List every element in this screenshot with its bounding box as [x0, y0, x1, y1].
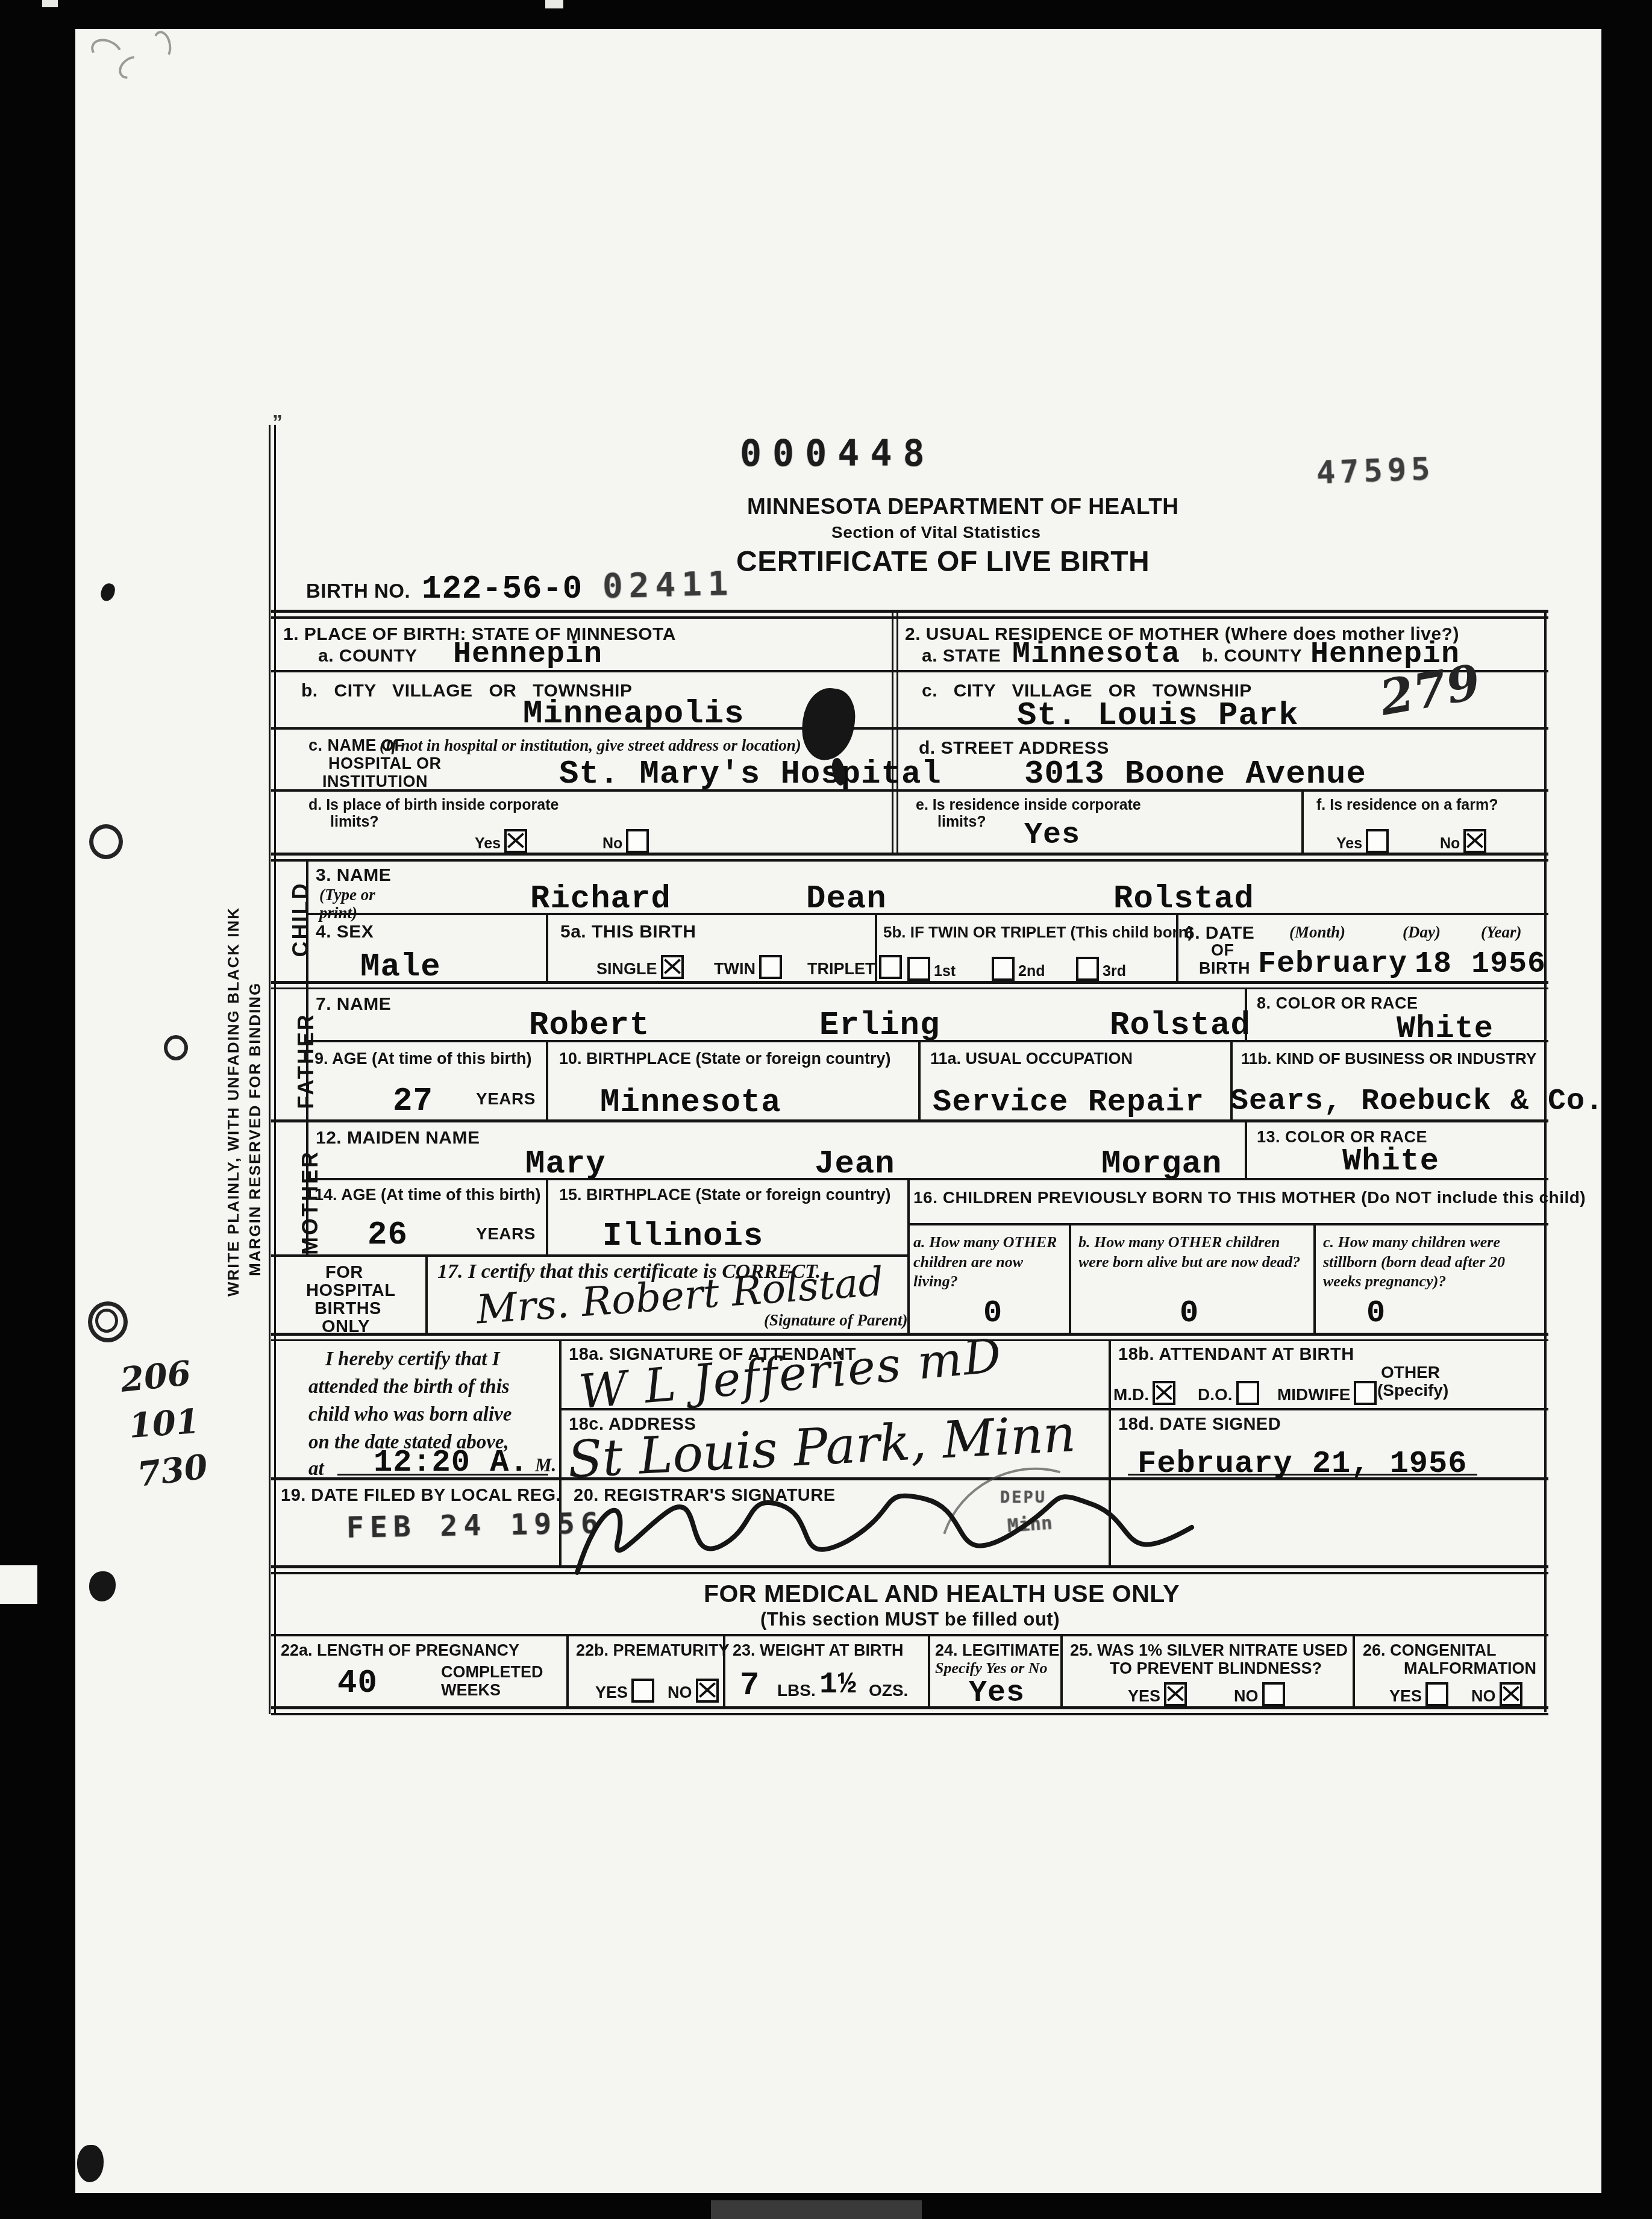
single-option: SINGLE	[596, 955, 687, 979]
mother-birthplace-value: Illinois	[602, 1218, 763, 1255]
nitrate-label-2: TO PREVENT BLINDNESS?	[1110, 1659, 1322, 1678]
father-birthplace-label: 10. BIRTHPLACE (State or foreign country…	[559, 1050, 891, 1068]
dob-label-2: OF	[1211, 941, 1234, 960]
rule-v	[1060, 1635, 1063, 1707]
place-yes-label: Yes	[475, 829, 531, 853]
residence-limits-label-2: limits?	[937, 813, 986, 831]
checkbox-checked-icon	[1500, 1682, 1522, 1706]
twin-option: TWIN	[714, 955, 786, 979]
scan-left-bar	[0, 0, 75, 2219]
rule-v	[425, 1256, 428, 1334]
children-count-c: 0	[1366, 1295, 1386, 1331]
do-option: D.O.	[1198, 1381, 1263, 1405]
checkbox-empty-icon	[1425, 1682, 1448, 1706]
attendant-statement-line: attended the birth of this	[308, 1376, 510, 1398]
residence-street-value: 3013 Boone Avenue	[1024, 756, 1366, 793]
legitimate-hint: Specify Yes or No	[935, 1659, 1048, 1677]
rule	[271, 616, 1548, 619]
rule-v	[546, 915, 548, 982]
mother-race-value: White	[1342, 1144, 1439, 1179]
children-count-a: 0	[983, 1295, 1003, 1331]
lbs-label: LBS.	[777, 1681, 816, 1700]
rule	[271, 610, 1548, 613]
punch-hole-ring	[89, 824, 123, 859]
scanned-birth-certificate: WRITE PLAINLY, WITH UNFADING BLACK INK M…	[0, 0, 1652, 2219]
place-hospital-label-2: HOSPITAL OR	[328, 754, 442, 773]
other-label-2: (Specify)	[1377, 1381, 1448, 1400]
checkbox-checked-icon	[696, 1679, 719, 1703]
checkbox-empty-icon	[907, 957, 930, 981]
handwritten-number: 730	[135, 1447, 210, 1495]
place-hospital-value: St. Mary's Hospital	[559, 756, 942, 793]
agency-title: MINNESOTA DEPARTMENT OF HEALTH	[747, 494, 1179, 519]
rule	[271, 1254, 907, 1257]
mother-last-name: Morgan	[1101, 1146, 1222, 1183]
father-last-name: Rolstad	[1110, 1007, 1251, 1044]
completed-label-2: WEEKS	[441, 1681, 501, 1700]
rule	[271, 727, 1548, 730]
at-label: at	[308, 1458, 324, 1480]
father-name-label: 7. NAME	[316, 994, 391, 1015]
residence-street-label: d. STREET ADDRESS	[919, 738, 1109, 759]
dob-label-3: BIRTH	[1199, 959, 1250, 978]
children-q-a: a. How many OTHER children are now livin…	[913, 1233, 1064, 1292]
checkbox-checked-icon	[1164, 1682, 1187, 1706]
father-middle-name: Erling	[819, 1007, 940, 1044]
dob-day-value: 18	[1415, 947, 1452, 981]
father-industry-value: Sears, Roebuck & Co.	[1230, 1084, 1604, 1119]
birth-no-stamped: 02411	[602, 564, 734, 606]
father-years-label: YEARS	[476, 1089, 536, 1109]
child-last-name: Rolstad	[1113, 881, 1254, 918]
child-first-name: Richard	[530, 881, 671, 918]
form-left-rule-outer	[269, 425, 271, 1714]
handwritten-number: 101	[128, 1401, 201, 1446]
residence-county-label: b. COUNTY	[1202, 646, 1302, 666]
place-county-label: a. COUNTY	[318, 646, 418, 666]
rule-v	[546, 1040, 548, 1121]
birth-no-label: BIRTH NO.	[306, 580, 410, 602]
punch-hole-double-ring-inner	[95, 1309, 118, 1333]
place-limits-label-1: d. Is place of birth inside corporate	[308, 797, 558, 814]
rule-v	[566, 1635, 569, 1707]
ord2-option: 2nd	[988, 957, 1045, 981]
ord1-option: 1st	[904, 957, 956, 981]
place-hospital-label-3: INSTITUTION	[322, 772, 428, 791]
father-age-value: 27	[393, 1083, 433, 1120]
dob-month-value: February	[1258, 947, 1407, 981]
weight-lbs-value: 7	[740, 1668, 760, 1704]
child-sex-label: 4. SEX	[316, 922, 374, 942]
punch-hole-ring-small	[164, 1035, 188, 1060]
residence-farm-yes: Yes	[1336, 829, 1392, 853]
hospital-only-3: BIRTHS	[314, 1299, 381, 1319]
checkbox-empty-icon	[1366, 829, 1389, 853]
registrar-signature-script	[565, 1470, 1216, 1585]
malformation-label-1: 26. CONGENITAL	[1363, 1641, 1497, 1660]
prematurity-no: NO	[668, 1679, 722, 1703]
child-name-hint2: print)	[319, 904, 357, 922]
rule	[271, 1119, 1548, 1122]
rule	[271, 1634, 1548, 1636]
place-hospital-label-1: c. NAME OF	[308, 736, 405, 755]
checkbox-empty-icon	[626, 829, 649, 853]
children-count-b: 0	[1180, 1295, 1199, 1331]
child-sex-value: Male	[360, 949, 441, 986]
birth-no-value: 122-56-0	[422, 571, 583, 608]
legitimate-value: Yes	[969, 1676, 1025, 1710]
agency-subtitle: Section of Vital Statistics	[831, 523, 1041, 542]
place-city-value: Minneapolis	[523, 696, 744, 733]
rule	[271, 1713, 1548, 1715]
rule-v	[928, 1635, 930, 1707]
attendant-statement-line: child who was born alive	[308, 1404, 512, 1426]
certificate-number-stamp: 47595	[1316, 451, 1436, 492]
hospital-only-2: HOSPITAL	[306, 1281, 395, 1301]
rule-v	[907, 1178, 910, 1335]
print-code-stamp: 000448	[740, 433, 936, 475]
midwife-option: MIDWIFE	[1277, 1381, 1380, 1405]
residence-farm-label: f. Is residence on a farm?	[1316, 797, 1498, 814]
mother-years-label: YEARS	[476, 1224, 536, 1244]
checkbox-empty-icon	[631, 1679, 654, 1703]
year-label: (Year)	[1481, 923, 1521, 942]
father-birthplace-value: Minnesota	[600, 1084, 781, 1121]
rule-v	[892, 610, 893, 855]
margin-rule-ink: WRITE PLAINLY, WITH UNFADING BLACK INK	[224, 907, 243, 1297]
rule	[271, 1333, 1548, 1336]
month-label: (Month)	[1289, 923, 1345, 942]
children-q-b: b. How many OTHER children were born ali…	[1078, 1233, 1307, 1272]
place-hospital-hint: (If not in hospital or institution, give…	[380, 736, 801, 755]
document-title: CERTIFICATE OF LIVE BIRTH	[736, 545, 1150, 578]
residence-state-value: Minnesota	[1012, 637, 1180, 672]
rule	[271, 1706, 1548, 1709]
prematurity-yes: YES	[595, 1679, 658, 1703]
hospital-only-1: FOR	[325, 1263, 363, 1283]
pregnancy-value: 40	[337, 1665, 378, 1702]
residence-farm-no: No	[1440, 829, 1490, 853]
residence-state-label: a. STATE	[922, 646, 1001, 666]
ord3-option: 3rd	[1072, 957, 1126, 981]
scan-top-notch-2	[545, 0, 563, 8]
prematurity-label: 22b. PREMATURITY	[576, 1641, 730, 1660]
place-limits-label-2: limits?	[330, 813, 379, 831]
checkbox-empty-icon	[879, 955, 902, 979]
place-no-label: No	[602, 829, 652, 853]
mother-age-value: 26	[368, 1217, 408, 1254]
weight-oz-value: 1½	[819, 1668, 857, 1702]
malformation-yes: YES	[1389, 1682, 1452, 1706]
mother-birthplace-label: 15. BIRTHPLACE (State or foreign country…	[559, 1186, 891, 1204]
checkbox-checked-icon	[1463, 829, 1486, 853]
rule-v	[1353, 1635, 1355, 1707]
md-option: M.D.	[1113, 1381, 1179, 1405]
father-first-name: Robert	[529, 1007, 649, 1044]
handwritten-number: 206	[119, 1353, 193, 1400]
ozs-label: OZS.	[869, 1681, 908, 1700]
nitrate-no: NO	[1234, 1682, 1289, 1706]
date-signed-label: 18d. DATE SIGNED	[1118, 1415, 1281, 1435]
attendant-statement-line: I hereby certify that I	[325, 1348, 500, 1371]
completed-label-1: COMPLETED	[441, 1663, 543, 1682]
rule	[306, 913, 1548, 915]
checkbox-empty-icon	[759, 955, 782, 979]
mother-middle-name: Jean	[815, 1146, 895, 1183]
father-age-label: 9. AGE (At time of this birth)	[314, 1050, 532, 1068]
day-label: (Day)	[1403, 923, 1441, 942]
other-label-1: OTHER	[1381, 1363, 1440, 1382]
child-middle-name: Dean	[806, 881, 887, 918]
margin-rule-binding: MARGIN RESERVED FOR BINDING	[246, 982, 264, 1276]
rule-v	[1069, 1224, 1071, 1334]
date-filed-label: 19. DATE FILED BY LOCAL REG.	[281, 1486, 561, 1506]
rule-v	[918, 1040, 921, 1121]
nitrate-label-1: 25. WAS 1% SILVER NITRATE USED	[1070, 1641, 1348, 1660]
father-industry-label: 11b. KIND OF BUSINESS OR INDUSTRY	[1241, 1050, 1536, 1068]
scan-bottom-gray-mark	[711, 2200, 922, 2219]
children-q-c: c. How many children were stillborn (bor…	[1323, 1233, 1540, 1292]
mother-age-label: 14. AGE (At time of this birth)	[314, 1186, 541, 1204]
rule-v	[896, 610, 898, 855]
rule-v	[1301, 789, 1304, 855]
legitimate-label: 24. LEGITIMATE	[935, 1641, 1060, 1660]
residence-city-value: St. Louis Park	[1017, 698, 1299, 734]
rule	[907, 1223, 1548, 1225]
rule	[271, 859, 1548, 862]
checkbox-checked-icon	[504, 829, 527, 853]
checkbox-empty-icon	[1236, 1381, 1259, 1405]
rule-v	[1245, 1121, 1247, 1179]
triplet-option: TRIPLET	[807, 955, 906, 979]
checkbox-empty-icon	[1076, 957, 1099, 981]
mother-name-label: 12. MAIDEN NAME	[316, 1128, 480, 1148]
form-right-rule	[1544, 610, 1547, 1712]
scan-top-bar	[0, 0, 1652, 29]
pregnancy-label: 22a. LENGTH OF PREGNANCY	[281, 1641, 519, 1660]
residence-limits-label-1: e. Is residence inside corporate	[916, 797, 1141, 814]
checkbox-checked-icon	[661, 955, 684, 979]
rule-v	[546, 1178, 548, 1256]
child-band-label: CHILD	[288, 882, 313, 957]
mother-first-name: Mary	[525, 1146, 606, 1183]
scan-right-bar	[1601, 0, 1652, 2219]
checkbox-checked-icon	[1153, 1381, 1175, 1405]
child-name-label: 3. NAME	[316, 865, 391, 886]
father-race-value: White	[1397, 1011, 1494, 1047]
nitrate-yes: YES	[1128, 1682, 1191, 1706]
scan-left-notch	[0, 1565, 37, 1604]
attendant-type-label: 18b. ATTENDANT AT BIRTH	[1118, 1345, 1354, 1365]
rule	[271, 987, 1548, 989]
dob-year-value: 1956	[1471, 947, 1546, 981]
malformation-label-2: MALFORMATION	[1404, 1659, 1536, 1678]
birth-time-value: 12:20 A.	[374, 1445, 529, 1480]
child-name-hint1: (Type or	[319, 886, 375, 904]
checkbox-empty-icon	[1262, 1682, 1285, 1706]
child-this-birth-label: 5a. THIS BIRTH	[560, 922, 696, 942]
weight-label: 23. WEIGHT AT BIRTH	[733, 1641, 904, 1660]
malformation-no: NO	[1471, 1682, 1526, 1706]
residence-limits-value: Yes	[1024, 818, 1080, 853]
father-occupation-value: Service Repair	[933, 1084, 1204, 1120]
twin-triplet-label: 5b. IF TWIN OR TRIPLET (This child born)	[883, 923, 1193, 942]
medical-subtitle: (This section MUST be filled out)	[760, 1609, 1060, 1630]
checkbox-empty-icon	[1354, 1381, 1377, 1405]
father-occupation-label: 11a. USUAL OCCUPATION	[930, 1050, 1133, 1068]
dob-label-1: 6. DATE	[1184, 923, 1254, 944]
rule-v	[1313, 1224, 1316, 1334]
m-label: M.	[535, 1454, 556, 1476]
checkbox-empty-icon	[992, 957, 1015, 981]
children-prev-label: 16. CHILDREN PREVIOUSLY BORN TO THIS MOT…	[913, 1188, 1586, 1207]
parent-signature-caption: (Signature of Parent)	[764, 1311, 908, 1330]
place-county-value: Hennepin	[453, 637, 602, 672]
medical-title: FOR MEDICAL AND HEALTH USE ONLY	[704, 1580, 1180, 1608]
scan-top-notch	[42, 0, 58, 7]
hospital-only-4: ONLY	[322, 1317, 370, 1337]
father-race-label: 8. COLOR OR RACE	[1257, 994, 1418, 1013]
